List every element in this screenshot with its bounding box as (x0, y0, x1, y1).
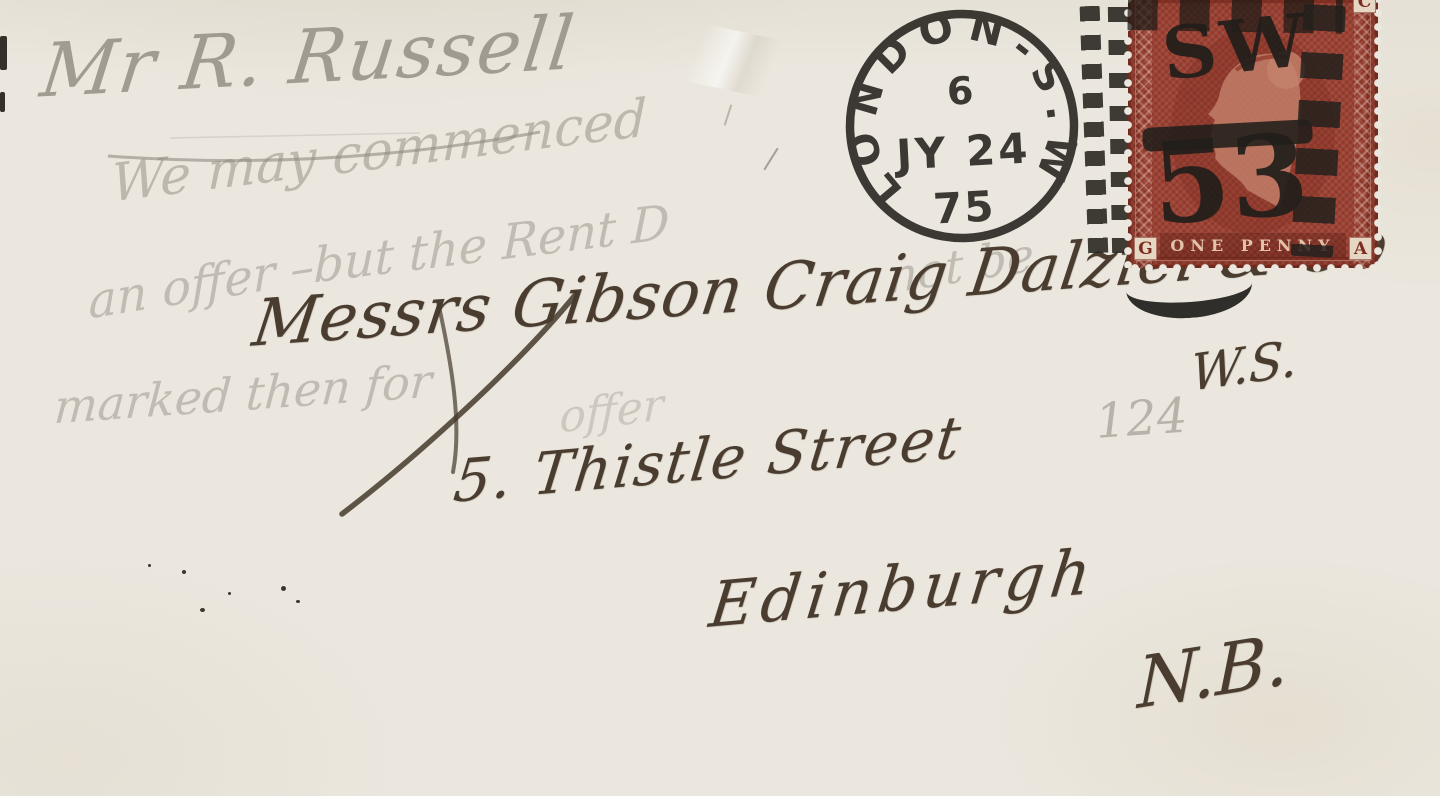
stamp-corner-letter-bottom-left: G (1134, 237, 1157, 260)
cancel-district-letters: SW (1158, 0, 1314, 97)
address-city: Edinburgh (706, 540, 1100, 637)
postmark-time-code: 6 (946, 68, 975, 113)
ink-speck (182, 570, 186, 574)
pencil-number: 124 (1094, 392, 1189, 446)
pencil-note-line1: We may commenced (111, 92, 647, 210)
penny-red-stamp: C G A ONE PENNY SW 53 (1128, 0, 1378, 268)
edge-ink-mark (0, 92, 5, 112)
postmark-date: JY 24 (892, 123, 1031, 179)
pencil-tick (724, 104, 733, 126)
pencil-tick (763, 147, 778, 170)
stamp-corner-letter-top-right: C (1353, 0, 1376, 13)
stamp-corner-letter-bottom-right: A (1349, 237, 1372, 260)
ink-speck (281, 586, 286, 591)
address-country: N.B. (1137, 624, 1289, 719)
edge-ink-mark (0, 36, 7, 70)
ink-flourish (280, 280, 620, 580)
cancel-number: 53 (1148, 109, 1313, 251)
envelope-front: Mr R. Russell We may commenced an offer … (0, 0, 1440, 796)
ink-speck (200, 608, 205, 612)
postmark: LONDON-S.W 6 JY 24 75 (836, 0, 1088, 254)
address-designation: W.S. (1190, 333, 1298, 399)
ink-speck (296, 600, 300, 603)
pencil-owner-note: Mr R. Russell (37, 6, 579, 109)
ink-speck (148, 564, 151, 567)
ink-speck (228, 592, 231, 595)
postmark-year: 75 (932, 181, 997, 233)
